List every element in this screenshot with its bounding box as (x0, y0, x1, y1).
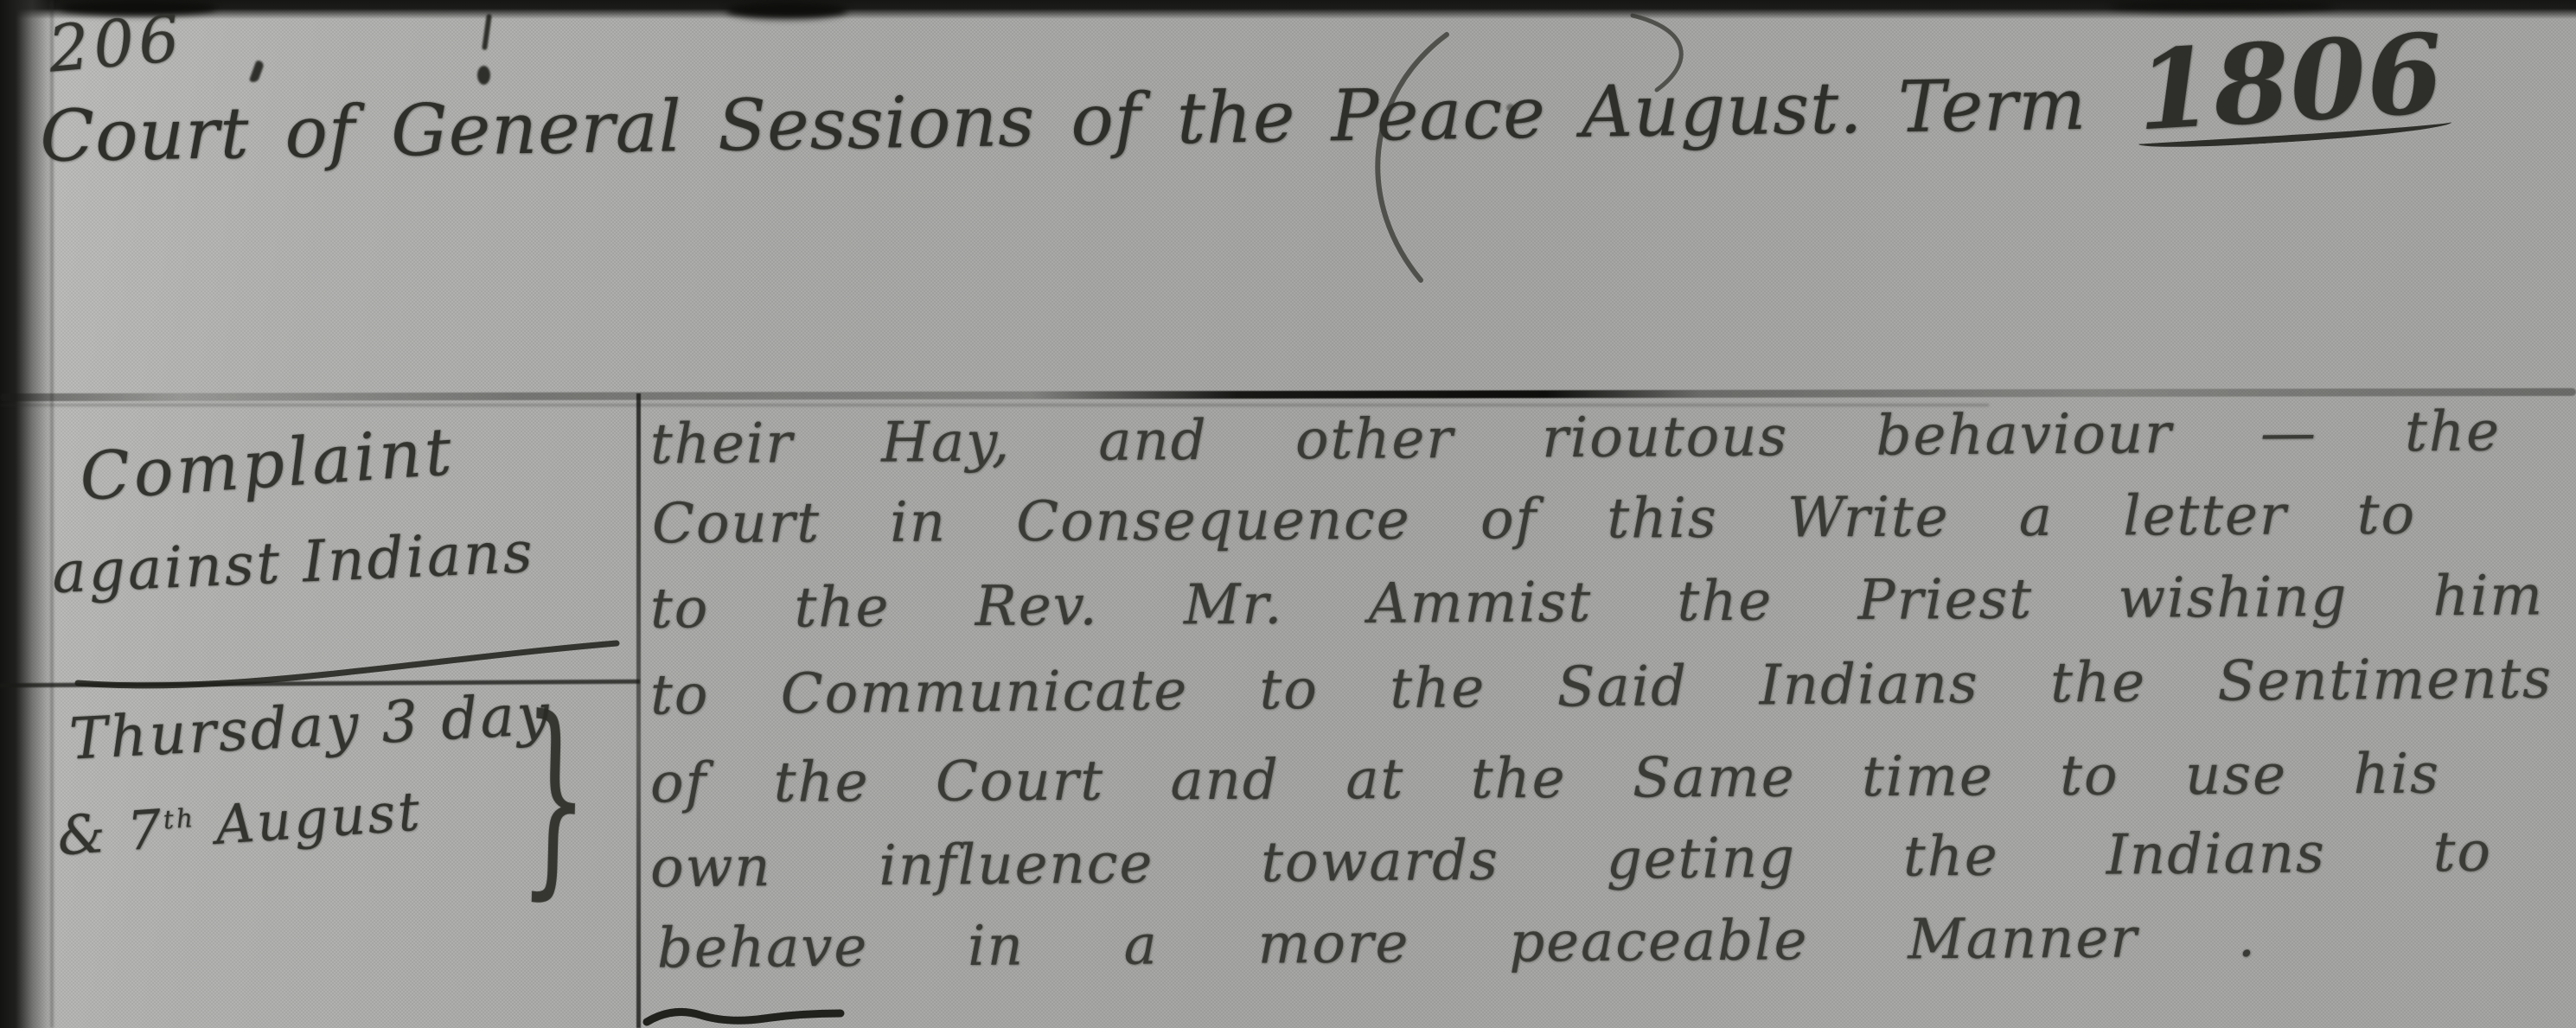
ledger-page: 206 Court of General Sessions of the Pea… (0, 0, 2576, 1028)
body-line-1: their Hay, and other rioutous behaviour … (650, 400, 2501, 477)
date-ordinal: th (163, 803, 196, 836)
body-line-2: Court in Consequence of this Write a let… (652, 483, 2416, 557)
scan-edge-shadow (726, 2, 847, 19)
date-day: & 7 (55, 797, 166, 867)
horizontal-rule (0, 388, 2576, 401)
margin-note-line1: Complaint (77, 412, 457, 515)
page-title-year: 1806 (2132, 24, 2451, 151)
date-month: August (214, 779, 425, 856)
body-line-5: of the Court and at the Same time to use… (650, 743, 2440, 816)
margin-brace: } (519, 688, 591, 906)
cutoff-text-stroke (642, 999, 858, 1028)
scan-edge-shadow (2110, 0, 2335, 12)
ink-speck (1506, 104, 1514, 112)
margin-note-line2: against Indians (51, 519, 536, 606)
body-line-6: own influence towards geting the Indians… (650, 820, 2493, 901)
page-title: Court of General Sessions of the Peace A… (39, 36, 2450, 182)
body-line-4: to Communicate to the Said Indians the S… (650, 647, 2554, 727)
ink-speck (482, 14, 492, 50)
margin-date-line2: & 7th August (55, 779, 424, 867)
page-title-text: Court of General Sessions of the Peace A… (40, 64, 2087, 178)
ink-speck (477, 66, 490, 85)
margin-divider-rule (636, 393, 641, 1028)
body-line-7: behave in a more peaceable Manner . (657, 906, 2257, 981)
body-line-3: to the Rev. Mr. Ammist the Priest wishin… (650, 564, 2544, 641)
margin-date-line1: Thursday 3 day (67, 680, 553, 772)
